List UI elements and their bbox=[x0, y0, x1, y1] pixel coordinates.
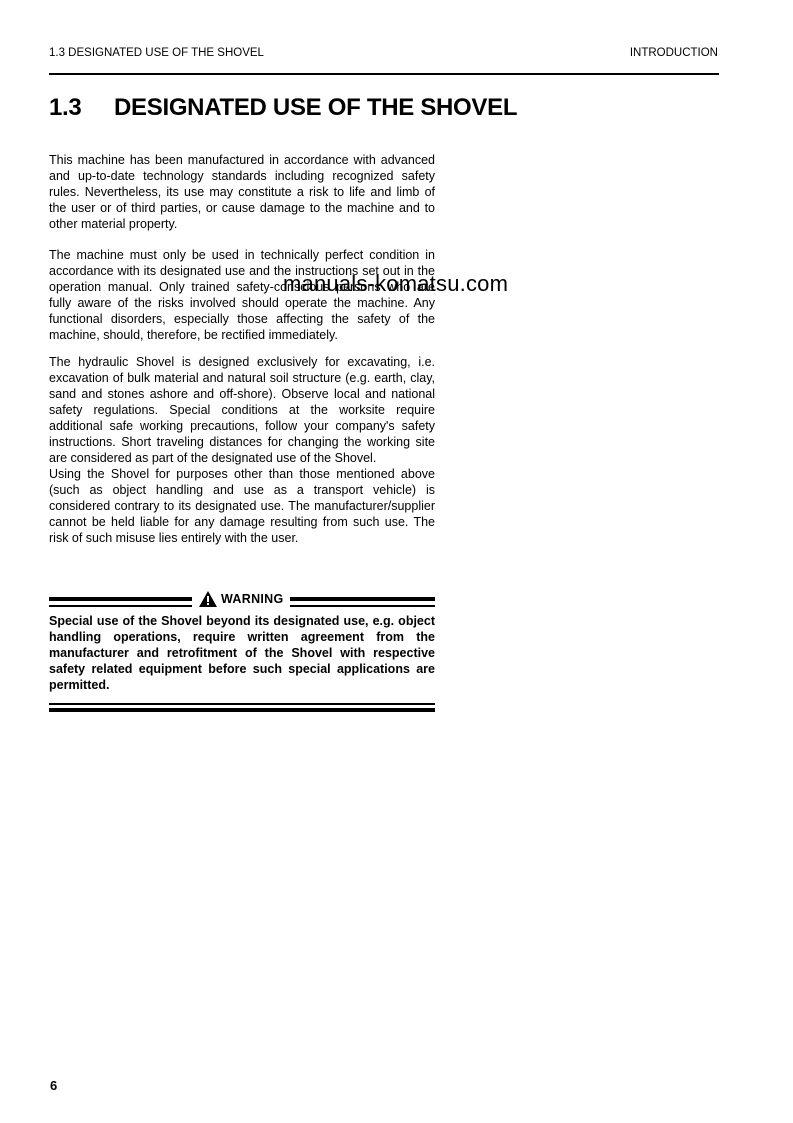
warning-bar-right-thick bbox=[290, 597, 435, 601]
warning-bar-left-thin bbox=[49, 605, 192, 607]
page-number: 6 bbox=[50, 1078, 57, 1093]
warning-label-group: WARNING bbox=[199, 589, 284, 609]
running-header-chapter: INTRODUCTION bbox=[630, 47, 718, 59]
running-header: 1.3 DESIGNATED USE OF THE SHOVEL INTRODU… bbox=[49, 47, 718, 63]
warning-footer-thick-rule bbox=[49, 708, 435, 712]
warning-triangle-icon bbox=[199, 591, 217, 607]
paragraph-text: Using the Shovel for purposes other than… bbox=[49, 466, 435, 546]
warning-header: WARNING bbox=[49, 589, 435, 609]
warning-footer-thin-rule bbox=[49, 703, 435, 705]
paragraph-text: The hydraulic Shovel is designed exclusi… bbox=[49, 354, 435, 466]
running-header-section: 1.3 DESIGNATED USE OF THE SHOVEL bbox=[49, 47, 264, 59]
body-paragraph-3-4: The hydraulic Shovel is designed exclusi… bbox=[49, 354, 435, 546]
watermark: manuals-komatsu.com bbox=[283, 271, 508, 297]
header-divider bbox=[49, 73, 719, 75]
paragraph-text: This machine has been manufactured in ac… bbox=[49, 152, 435, 232]
section-title: 1.3DESIGNATED USE OF THE SHOVEL bbox=[49, 94, 517, 122]
warning-label: WARNING bbox=[221, 592, 284, 606]
section-title-text: DESIGNATED USE OF THE SHOVEL bbox=[114, 94, 517, 121]
warning-bar-left-thick bbox=[49, 597, 192, 601]
warning-bar-right-thin bbox=[290, 605, 435, 607]
warning-text: Special use of the Shovel beyond its des… bbox=[49, 613, 435, 693]
body-paragraph-1: This machine has been manufactured in ac… bbox=[49, 152, 435, 232]
section-number: 1.3 bbox=[49, 94, 114, 122]
